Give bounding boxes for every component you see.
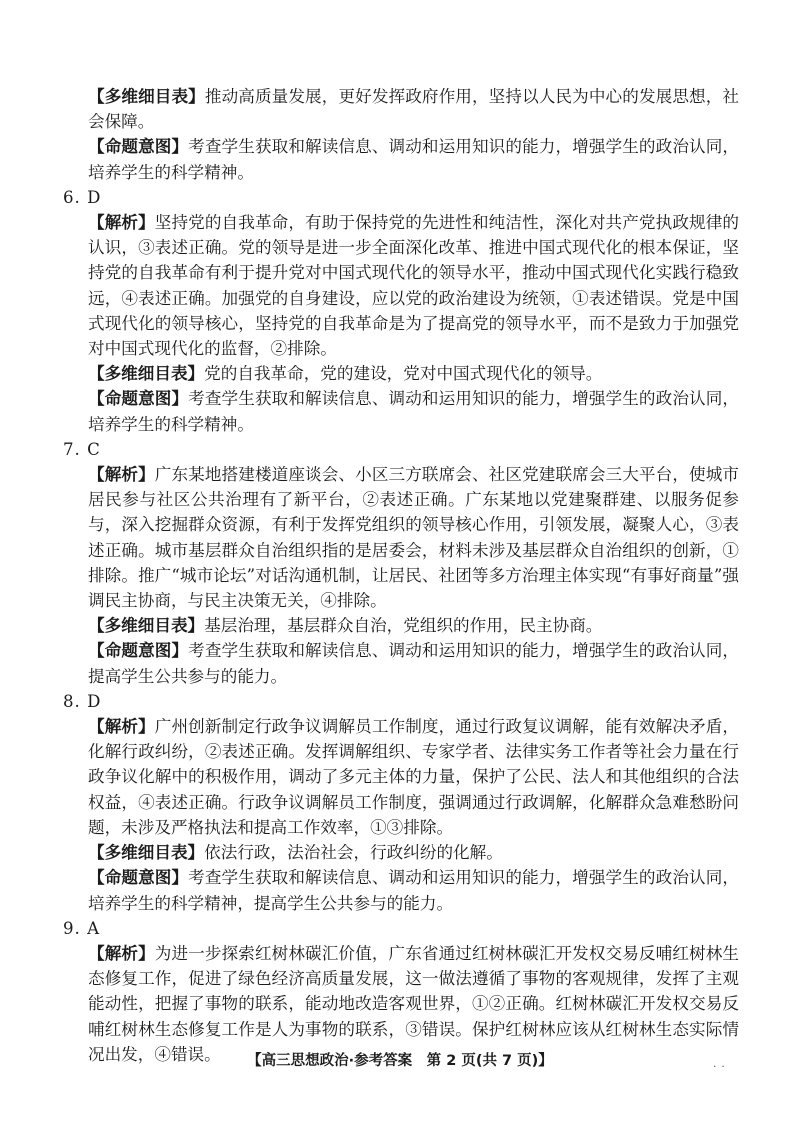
- analysis-text: 广州创新制定行政争议调解员工作制度，通过行政复议调解，能有效解决矛盾，化解行政纠…: [88, 717, 739, 837]
- analysis-text: 坚持党的自我革命，有助于保持党的先进性和纯洁性，深化对共产党执政规律的认识，③表…: [88, 213, 739, 358]
- answer-number-q9: 9. A: [63, 916, 739, 941]
- analysis-label: 【解析】: [88, 717, 155, 736]
- dimension-table-label: 【多维细目表】: [88, 87, 205, 106]
- question-intent-label: 【命题意图】: [88, 868, 188, 887]
- answer-number-q6: 6. D: [63, 185, 739, 210]
- content-area: 【多维细目表】推动高质量发展，更好发挥政府作用，坚持以人民为中心的发展思想，社会…: [88, 84, 739, 1067]
- dimension-table-text: 依法行政，法治社会，行政纠纷的化解。: [204, 843, 503, 862]
- analysis-paragraph-q7: 【解析】广东某地搭建楼道座谈会、小区三方联席会、社区党建联席会三大平台，使城市居…: [88, 462, 739, 613]
- dimension-table-paragraph: 【多维细目表】推动高质量发展，更好发挥政府作用，坚持以人民为中心的发展思想，社会…: [88, 84, 739, 134]
- dimension-table-label: 【多维细目表】: [88, 843, 204, 862]
- analysis-label: 【解析】: [88, 213, 155, 232]
- dimension-table-paragraph-q6: 【多维细目表】党的自我革命，党的建设，党对中国式现代化的领导。: [88, 361, 739, 386]
- dimension-table-paragraph-q8: 【多维细目表】依法行政，法治社会，行政纠纷的化解。: [88, 840, 739, 865]
- answer-number-q7: 7. C: [63, 437, 739, 462]
- question-intent-paragraph-q8: 【命题意图】考查学生获取和解读信息、调动和运用知识的能力，增强学生的政治认同，培…: [88, 865, 739, 915]
- answer-key-page: 【多维细目表】推动高质量发展，更好发挥政府作用，坚持以人民为中心的发展思想，社会…: [0, 0, 800, 1131]
- question-intent-paragraph: 【命题意图】考查学生获取和解读信息、调动和运用知识的能力，增强学生的政治认同，培…: [88, 134, 739, 184]
- question-intent-paragraph-q6: 【命题意图】考查学生获取和解读信息、调动和运用知识的能力，增强学生的政治认同，培…: [88, 386, 739, 436]
- dimension-table-text: 基层治理，基层群众自治，党组织的作用，民主协商。: [204, 616, 602, 635]
- analysis-paragraph-q6: 【解析】坚持党的自我革命，有助于保持党的先进性和纯洁性，深化对共产党执政规律的认…: [88, 210, 739, 361]
- analysis-label: 【解析】: [88, 465, 155, 484]
- question-intent-label: 【命题意图】: [88, 389, 188, 408]
- dimension-table-paragraph-q7: 【多维细目表】基层治理，基层群众自治，党组织的作用，民主协商。: [88, 613, 739, 638]
- dimension-table-label: 【多维细目表】: [88, 616, 204, 635]
- dimension-table-label: 【多维细目表】: [88, 364, 204, 383]
- question-intent-label: 【命题意图】: [88, 137, 188, 156]
- question-intent-label: 【命题意图】: [88, 641, 188, 660]
- question-intent-paragraph-q7: 【命题意图】考查学生获取和解读信息、调动和运用知识的能力，增强学生的政治认同，提…: [88, 638, 739, 688]
- analysis-label: 【解析】: [88, 944, 155, 963]
- analysis-text: 广东某地搭建楼道座谈会、小区三方联席会、社区党建联席会三大平台，使城市居民参与社…: [88, 465, 739, 610]
- analysis-text: 为进一步探索红树林碳汇价值，广东省通过红树林碳汇开发权交易反哺红树林生态修复工作…: [88, 944, 739, 1064]
- page-footer-text: 【高三思想政治·参考答案 第 2 页(共 7 页)】: [247, 1053, 553, 1069]
- dimension-table-text: 党的自我革命，党的建设，党对中国式现代化的领导。: [204, 364, 602, 383]
- answer-number-q8: 8. D: [63, 689, 739, 714]
- analysis-paragraph-q8: 【解析】广州创新制定行政争议调解员工作制度，通过行政复议调解，能有效解决矛盾，化…: [88, 714, 739, 840]
- page-footer: 【高三思想政治·参考答案 第 2 页(共 7 页)】: [0, 1049, 800, 1070]
- scan-artifact-mark: ..: [712, 1060, 729, 1070]
